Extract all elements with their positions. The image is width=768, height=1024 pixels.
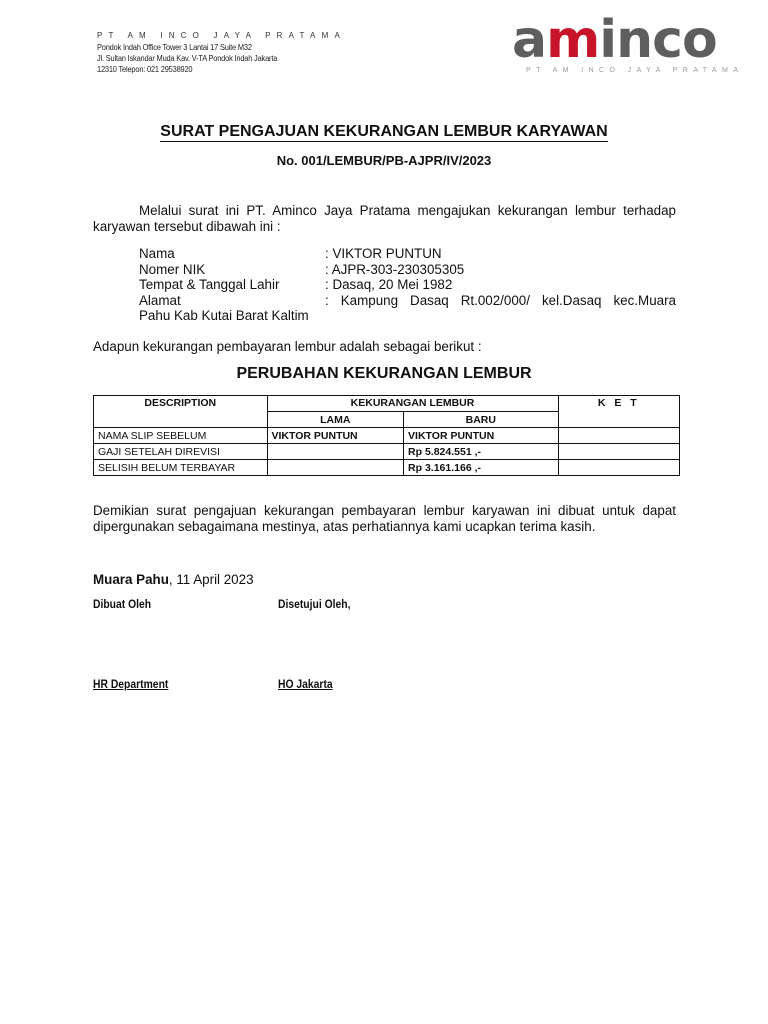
cell-baru: Rp 3.161.166 ,-	[404, 460, 558, 476]
approved-by-label: Disetujui Oleh,	[278, 599, 350, 611]
document-title: SURAT PENGAJUAN KEKURANGAN LEMBUR KARYAW…	[0, 123, 768, 141]
field-label: Tempat & Tanggal Lahir	[139, 277, 325, 293]
cell-description: SELISIH BELUM TERBAYAR	[94, 460, 268, 476]
field-row-name: Nama : VIKTOR PUNTUN	[139, 246, 676, 262]
table-title: PERUBAHAN KEKURANGAN LEMBUR	[0, 365, 768, 383]
field-label: Nomer NIK	[139, 262, 325, 278]
cell-ket	[558, 460, 679, 476]
employee-fields: Nama : VIKTOR PUNTUN Nomer NIK : AJPR-30…	[139, 246, 676, 324]
field-value: : Dasaq, 20 Mei 1982	[325, 277, 676, 293]
cell-lama: VIKTOR PUNTUN	[267, 428, 404, 444]
header-lama: LAMA	[267, 412, 404, 428]
cell-description: NAMA SLIP SEBELUM	[94, 428, 268, 444]
document-number: No. 001/LEMBUR/PB-AJPR/IV/2023	[0, 153, 768, 168]
header-baru: BARU	[404, 412, 558, 428]
field-value: : VIKTOR PUNTUN	[325, 246, 676, 262]
letterhead-company: PT AM INCO JAYA PRATAMA	[97, 31, 346, 40]
header-group: KEKURANGAN LEMBUR	[267, 396, 558, 412]
field-row-nik: Nomer NIK : AJPR-303-230305305	[139, 262, 676, 278]
place: Muara Pahu	[93, 572, 169, 587]
table-header-row: DESCRIPTION KEKURANGAN LEMBUR K E T	[94, 396, 680, 412]
logo-letters-inco: inco	[599, 10, 716, 70]
overtime-table: DESCRIPTION KEKURANGAN LEMBUR K E T LAMA…	[93, 395, 680, 476]
lead-in-paragraph: Adapun kekurangan pembayaran lembur adal…	[93, 339, 676, 355]
made-by-name: HR Department	[93, 679, 168, 691]
logo-wordmark: aminco	[512, 14, 717, 66]
field-value: : AJPR-303-230305305	[325, 262, 676, 278]
logo-tagline: PT AM INCO JAYA PRATAMA	[526, 67, 743, 74]
field-label: Nama	[139, 246, 325, 262]
cell-description: GAJI SETELAH DIREVISI	[94, 444, 268, 460]
table-row: GAJI SETELAH DIREVISI Rp 5.824.551 ,-	[94, 444, 680, 460]
made-by-label: Dibuat Oleh	[93, 599, 151, 611]
header-description: DESCRIPTION	[94, 396, 268, 428]
cell-baru: Rp 5.824.551 ,-	[404, 444, 558, 460]
letterhead-address-line: Pondok Indah Office Tower 3 Lantai 17 Su…	[97, 43, 252, 52]
cell-baru: VIKTOR PUNTUN	[404, 428, 558, 444]
logo-letter-a: a	[512, 10, 546, 70]
company-logo: aminco PT AM INCO JAYA PRATAMA	[512, 22, 742, 78]
field-value: : Kampung Dasaq Rt.002/000/ kel.Dasaq ke…	[325, 293, 676, 309]
field-row-address: Alamat : Kampung Dasaq Rt.002/000/ kel.D…	[139, 293, 676, 309]
field-label: Alamat	[139, 293, 325, 309]
field-address-continuation: Pahu Kab Kutai Barat Kaltim	[139, 308, 676, 324]
table-row: NAMA SLIP SEBELUM VIKTOR PUNTUN VIKTOR P…	[94, 428, 680, 444]
table-row: SELISIH BELUM TERBAYAR Rp 3.161.166 ,-	[94, 460, 680, 476]
cell-lama	[267, 444, 404, 460]
document-title-text: SURAT PENGAJUAN KEKURANGAN LEMBUR KARYAW…	[160, 123, 607, 142]
letterhead-address-line: 12310 Telepon: 021 29538920	[97, 65, 192, 74]
letterhead-address-line: Jl. Sultan Iskandar Muda Kav. V-TA Pondo…	[97, 54, 277, 63]
cell-ket	[558, 444, 679, 460]
place-date: Muara Pahu, 11 April 2023	[93, 572, 254, 587]
intro-paragraph: Melalui surat ini PT. Aminco Jaya Pratam…	[93, 203, 676, 234]
field-row-birth: Tempat & Tanggal Lahir : Dasaq, 20 Mei 1…	[139, 277, 676, 293]
header-ket: K E T	[558, 396, 679, 428]
cell-lama	[267, 460, 404, 476]
closing-paragraph: Demikian surat pengajuan kekurangan pemb…	[93, 503, 676, 534]
approved-by-name: HO Jakarta	[278, 679, 333, 691]
cell-ket	[558, 428, 679, 444]
logo-letter-m: m	[546, 10, 599, 70]
date: , 11 April 2023	[169, 572, 254, 587]
